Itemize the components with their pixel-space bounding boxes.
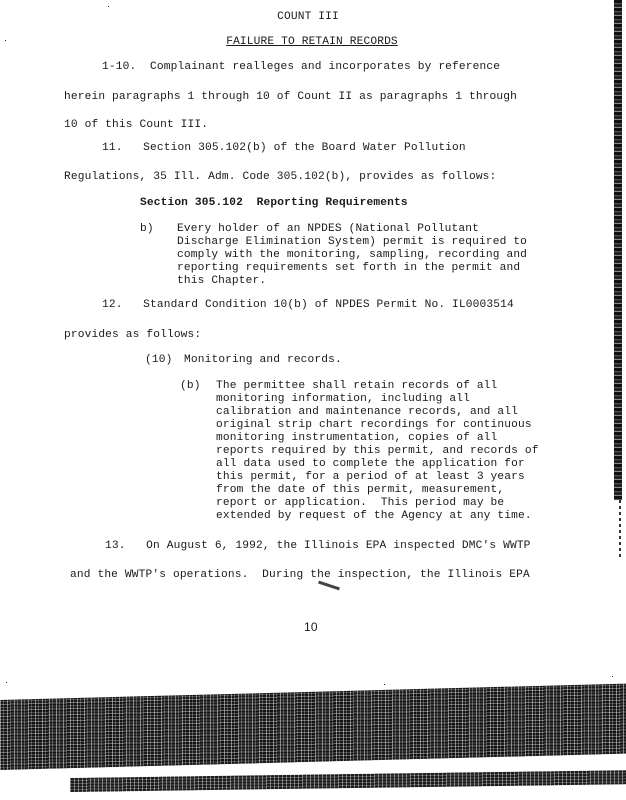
scan-speck bbox=[612, 676, 613, 677]
quote-2-line: extended by request of the Agency at any… bbox=[216, 510, 532, 522]
quote-2-line: monitoring instrumentation, copies of al… bbox=[216, 432, 497, 444]
quote-section-title: Section 305.102 Reporting Requirements bbox=[140, 197, 408, 209]
quote-2-title: Monitoring and records. bbox=[184, 354, 342, 366]
quote-2-line: from the date of this permit, measuremen… bbox=[216, 484, 504, 496]
paragraph-13-line-2: and the WWTP's operations. During the in… bbox=[70, 569, 530, 581]
quote-1-label: b) bbox=[140, 223, 154, 235]
quote-2-line: original strip chart recordings for cont… bbox=[216, 419, 532, 431]
quote-1-line: Discharge Elimination System) permit is … bbox=[177, 236, 527, 248]
scan-noise-band bbox=[0, 684, 626, 770]
quote-2-line: monitoring information, including all bbox=[216, 393, 470, 405]
quote-1-line: reporting requirements set forth in the … bbox=[177, 262, 520, 274]
quote-2-line: report or application. This period may b… bbox=[216, 497, 504, 509]
scan-speck bbox=[384, 684, 385, 685]
scan-speck bbox=[6, 682, 7, 683]
scan-edge-shadow bbox=[614, 0, 622, 500]
scan-speck bbox=[5, 40, 6, 41]
quote-2-line: The permittee shall retain records of al… bbox=[216, 380, 497, 392]
count-subheading: FAILURE TO RETAIN RECORDS bbox=[4, 36, 620, 48]
quote-1-line: Every holder of an NPDES (National Pollu… bbox=[177, 223, 479, 235]
paragraph-12-line-1: 12. Standard Condition 10(b) of NPDES Pe… bbox=[102, 299, 514, 311]
scan-noise-band-lower bbox=[70, 770, 626, 792]
quote-2-line: reports required by this permit, and rec… bbox=[216, 445, 539, 457]
quote-2-line: calibration and maintenance records, and… bbox=[216, 406, 518, 418]
scan-mark bbox=[318, 581, 340, 591]
quote-2-sub-label: (b) bbox=[180, 380, 201, 392]
count-heading: COUNT III bbox=[0, 11, 616, 23]
scan-speck bbox=[108, 6, 109, 7]
quote-2-line: this permit, for a period of at least 3 … bbox=[216, 471, 525, 483]
paragraph-1-10-line-2: herein paragraphs 1 through 10 of Count … bbox=[64, 91, 517, 103]
paragraph-11-line-1: 11. Section 305.102(b) of the Board Wate… bbox=[102, 142, 466, 154]
paragraph-13-line-1: 13. On August 6, 1992, the Illinois EPA … bbox=[105, 540, 531, 552]
quote-1-line: comply with the monitoring, sampling, re… bbox=[177, 249, 527, 261]
page-number: 10 bbox=[304, 620, 318, 634]
scan-edge-shadow-fade bbox=[619, 500, 621, 560]
paragraph-11-line-2: Regulations, 35 Ill. Adm. Code 305.102(b… bbox=[64, 171, 496, 183]
paragraph-1-10-line-3: 10 of this Count III. bbox=[64, 119, 208, 131]
paragraph-12-line-2: provides as follows: bbox=[64, 329, 201, 341]
paragraph-1-10-line-1: 1-10. Complainant realleges and incorpor… bbox=[102, 61, 500, 73]
quote-2-label: (10) bbox=[145, 354, 172, 366]
quote-1-line: this Chapter. bbox=[177, 275, 266, 287]
quote-2-line: all data used to complete the applicatio… bbox=[216, 458, 525, 470]
